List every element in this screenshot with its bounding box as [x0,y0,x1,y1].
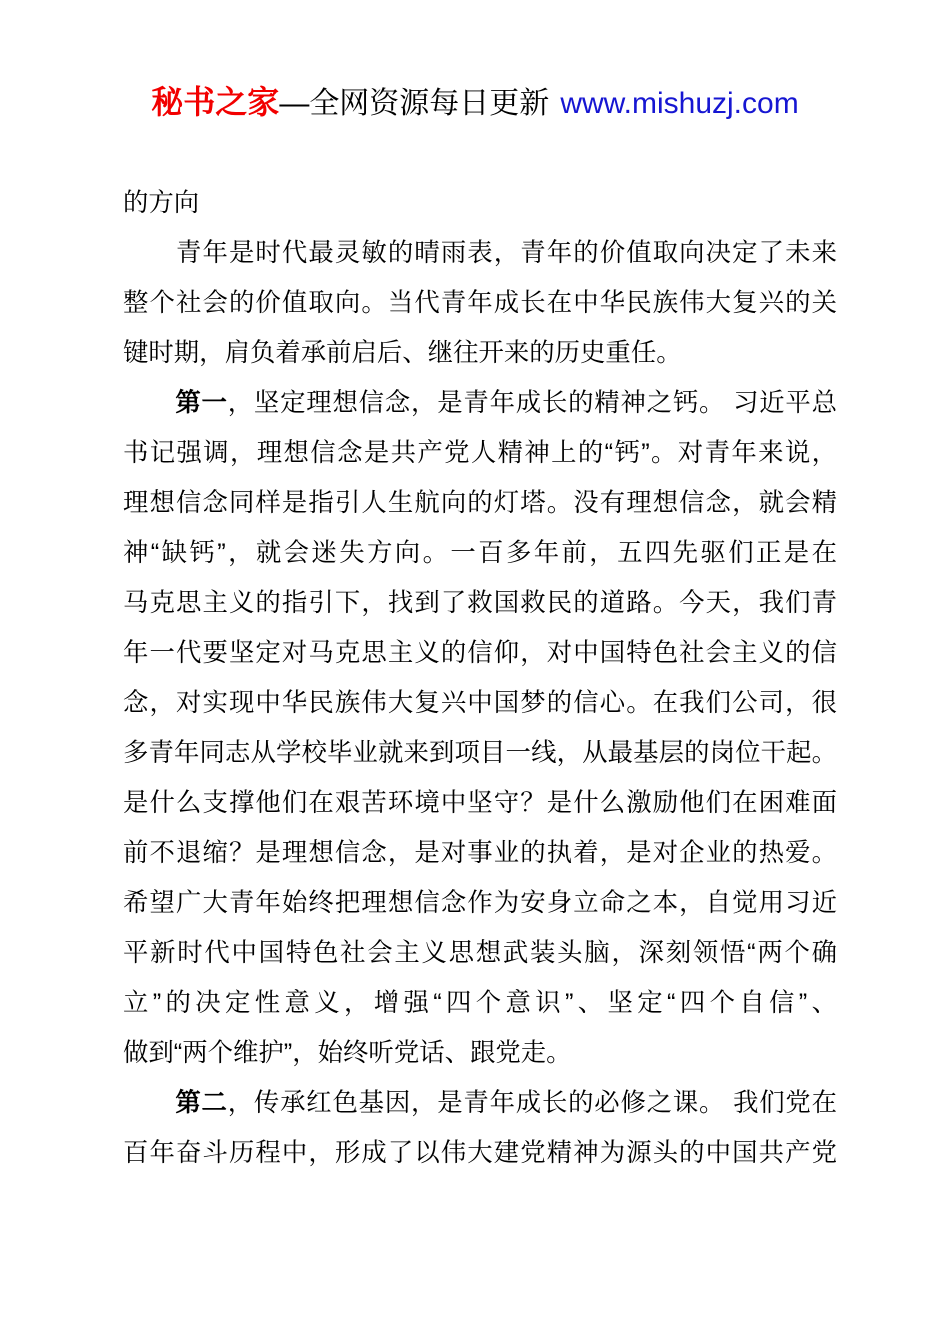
text-line: 第二，传承红色基因，是青年成长的必修之课。 我们党在 [123,1078,837,1128]
text-line: 键时期，肩负着承前启后、继往开来的历史重任。 [123,328,837,378]
site-url-link[interactable]: www.mishuzj.com [560,87,798,120]
text-run: 神“缺钙”，就会迷失方向。一百多年前，五四先驱们正是在 [123,539,837,567]
text-run: ，传承红色基因，是青年成长的必修之课。 我们党在 [228,1089,837,1117]
text-line: 立”的决定性意义，增强“四个意识”、坚定“四个自信”、 [123,978,837,1028]
site-tagline: 全网资源每日更新 [309,87,549,120]
text-line: 马克思主义的指引下，找到了救国救民的道路。今天，我们青 [123,578,837,628]
text-run: 是什么支撑他们在艰苦环境中坚守？是什么激励他们在困难面 [123,789,837,817]
text-run [123,1089,175,1117]
bold-lead-in: 第一 [175,389,227,417]
text-run: 键时期，肩负着承前启后、继往开来的历史重任。 [123,339,682,367]
text-run [123,389,175,417]
text-run: 书记强调，理想信念是共产党人精神上的“钙”。对青年来说， [123,439,837,467]
text-line: 理想信念同样是指引人生航向的灯塔。没有理想信念，就会精 [123,478,837,528]
text-line: 青年是时代最灵敏的晴雨表，青年的价值取向决定了未来 [123,228,837,278]
text-run: 平新时代中国特色社会主义思想武装头脑，深刻领悟“两个确 [123,939,837,967]
text-run: 百年奋斗历程中，形成了以伟大建党精神为源头的中国共产党 [123,1139,837,1167]
text-line: 书记强调，理想信念是共产党人精神上的“钙”。对青年来说， [123,428,837,478]
text-line: 第一，坚定理想信念，是青年成长的精神之钙。 习近平总 [123,378,837,428]
em-dash: — [279,87,309,120]
text-run: 年一代要坚定对马克思主义的信仰，对中国特色社会主义的信 [123,639,837,667]
text-run: 多青年同志从学校毕业就来到项目一线，从最基层的岗位干起。 [123,739,837,767]
text-line: 做到“两个维护”，始终听党话、跟党走。 [123,1028,837,1078]
text-line: 前不退缩？是理想信念，是对事业的执着，是对企业的热爱。 [123,828,837,878]
text-line: 百年奋斗历程中，形成了以伟大建党精神为源头的中国共产党 [123,1128,837,1178]
bold-lead-in: 第二 [175,1089,227,1117]
text-run: 整个社会的价值取向。当代青年成长在中华民族伟大复兴的关 [123,289,837,317]
text-run: 念，对实现中华民族伟大复兴中国梦的信心。在我们公司，很 [123,689,837,717]
site-header: 秘书之家—全网资源每日更新www.mishuzj.com [0,82,950,129]
text-line: 多青年同志从学校毕业就来到项目一线，从最基层的岗位干起。 [123,728,837,778]
text-run: 青年是时代最灵敏的晴雨表，青年的价值取向决定了未来 [123,239,837,267]
site-brand: 秘书之家 [151,84,279,120]
text-line: 的方向 [123,178,837,228]
text-line: 念，对实现中华民族伟大复兴中国梦的信心。在我们公司，很 [123,678,837,728]
text-line: 神“缺钙”，就会迷失方向。一百多年前，五四先驱们正是在 [123,528,837,578]
text-run: 马克思主义的指引下，找到了救国救民的道路。今天，我们青 [123,589,837,617]
text-line: 年一代要坚定对马克思主义的信仰，对中国特色社会主义的信 [123,628,837,678]
text-run: 希望广大青年始终把理想信念作为安身立命之本，自觉用习近 [123,889,837,917]
document-body: 的方向 青年是时代最灵敏的晴雨表，青年的价值取向决定了未来整个社会的价值取向。当… [123,178,837,1178]
text-run: 立”的决定性意义，增强“四个意识”、坚定“四个自信”、 [123,989,837,1017]
document-page: 秘书之家—全网资源每日更新www.mishuzj.com 的方向 青年是时代最灵… [0,0,950,1344]
text-line: 是什么支撑他们在艰苦环境中坚守？是什么激励他们在困难面 [123,778,837,828]
text-line: 整个社会的价值取向。当代青年成长在中华民族伟大复兴的关 [123,278,837,328]
text-run: ，坚定理想信念，是青年成长的精神之钙。 习近平总 [228,389,837,417]
text-run: 做到“两个维护”，始终听党话、跟党走。 [123,1039,572,1067]
text-run: 理想信念同样是指引人生航向的灯塔。没有理想信念，就会精 [123,489,837,517]
text-line: 希望广大青年始终把理想信念作为安身立命之本，自觉用习近 [123,878,837,928]
text-line: 平新时代中国特色社会主义思想武装头脑，深刻领悟“两个确 [123,928,837,978]
text-run: 的方向 [123,189,199,217]
text-run: 前不退缩？是理想信念，是对事业的执着，是对企业的热爱。 [123,839,837,867]
